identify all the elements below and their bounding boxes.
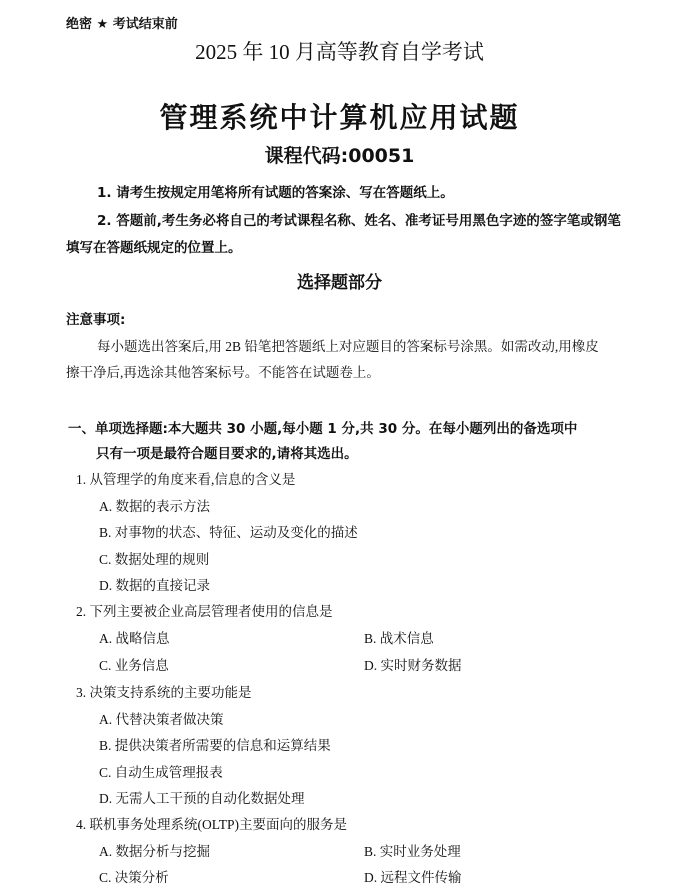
question-4-stem: 4. 联机事务处理系统(OLTP)主要面向的服务是 (76, 813, 347, 833)
question-1-option-a: A. 数据的表示方法 (99, 495, 210, 515)
question-4-option-a: A. 数据分析与挖掘 (99, 840, 210, 860)
question-1-option-c: C. 数据处理的规则 (99, 548, 209, 568)
question-3-option-a: A. 代替决策者做决策 (99, 708, 224, 728)
notice-line-2: 擦干净后,再选涂其他答案标号。不能答在试题卷上。 (66, 361, 380, 381)
notice-label: 注意事项: (66, 308, 125, 328)
question-1-stem: 1. 从管理学的角度来看,信息的含义是 (76, 468, 295, 488)
part-one-heading-cont: 只有一项是最符合题目要求的,请将其选出。 (96, 442, 358, 462)
question-4-option-d: D. 远程文件传输 (364, 866, 462, 886)
part-one-heading: 一、单项选择题:本大题共 30 小题,每小题 1 分,共 30 分。在每小题列出… (68, 417, 577, 437)
question-2-option-a: A. 战略信息 (99, 627, 170, 647)
instruction-2-cont: 填写在答题纸规定的位置上。 (66, 236, 242, 256)
confidential-label: 绝密 ★ 考试结束前 (66, 13, 178, 32)
question-2-stem: 2. 下列主要被企业高层管理者使用的信息是 (76, 600, 333, 620)
question-3-option-c: C. 自动生成管理报表 (99, 761, 223, 781)
instruction-2: 2. 答题前,考生务必将自己的考试课程名称、姓名、准考证号用黑色字迹的签字笔或钢… (97, 209, 621, 229)
question-2-option-d: D. 实时财务数据 (364, 654, 462, 674)
instruction-1: 1. 请考生按规定用笔将所有试题的答案涂、写在答题纸上。 (97, 181, 454, 201)
exam-title: 管理系统中计算机应用试题 (0, 96, 679, 136)
section-title: 选择题部分 (0, 268, 679, 293)
question-3-option-b: B. 提供决策者所需要的信息和运算结果 (99, 734, 331, 754)
course-code: 课程代码:00051 (0, 141, 679, 168)
question-4-option-c: C. 决策分析 (99, 866, 169, 886)
exam-subtitle: 2025 年 10 月高等教育自学考试 (0, 36, 679, 66)
question-2-option-b: B. 战术信息 (364, 627, 434, 647)
question-1-option-d: D. 数据的直接记录 (99, 574, 210, 594)
question-3-option-d: D. 无需人工干预的自动化数据处理 (99, 787, 305, 807)
notice-line-1: 每小题选出答案后,用 2B 铅笔把答题纸上对应题目的答案标号涂黑。如需改动,用橡… (97, 335, 599, 355)
question-1-option-b: B. 对事物的状态、特征、运动及变化的描述 (99, 521, 358, 541)
question-2-option-c: C. 业务信息 (99, 654, 169, 674)
question-4-option-b: B. 实时业务处理 (364, 840, 461, 860)
question-3-stem: 3. 决策支持系统的主要功能是 (76, 681, 252, 701)
